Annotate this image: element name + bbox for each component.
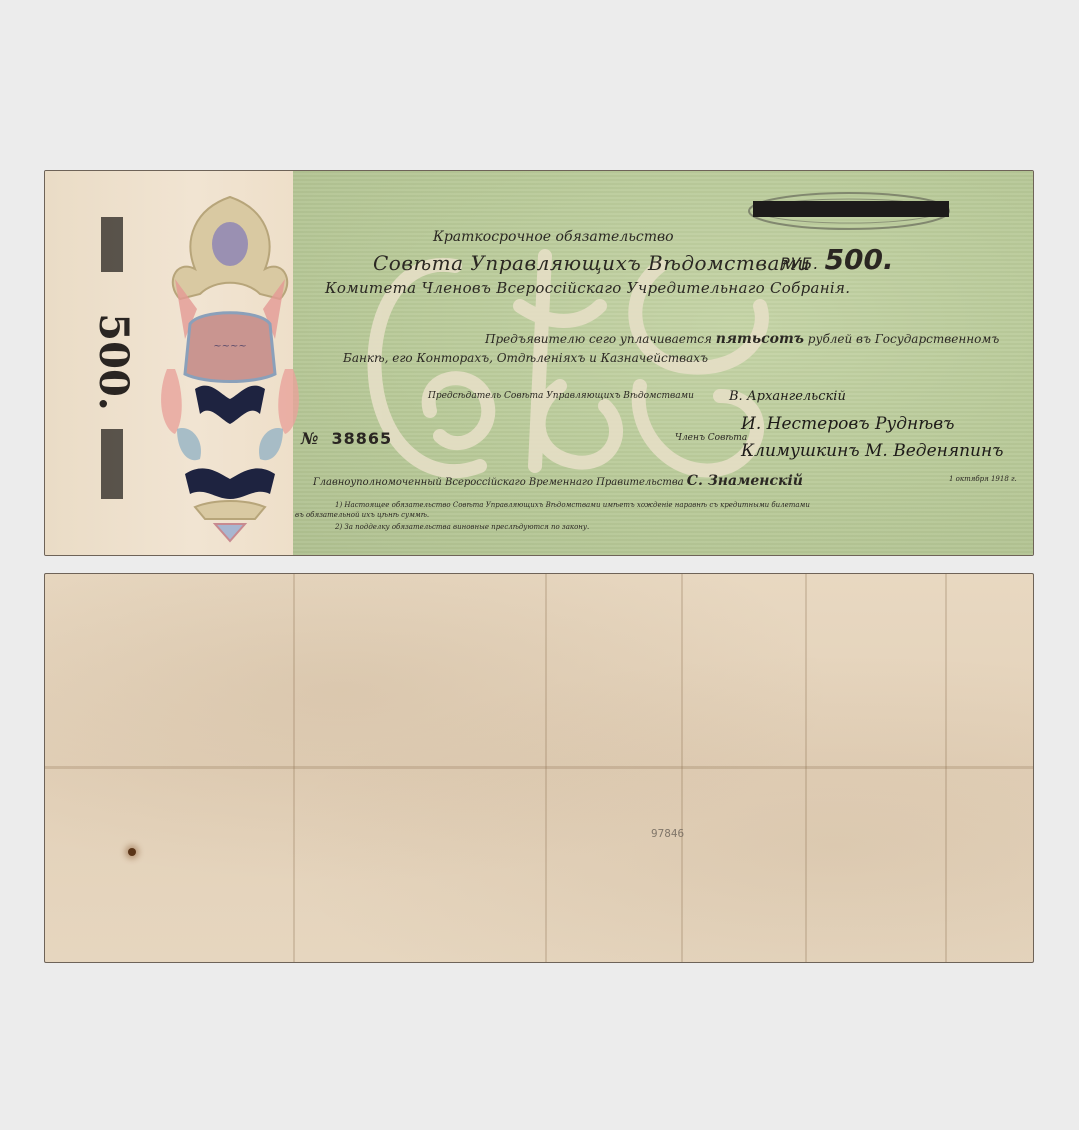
body-line-1: Предъявителю сего уплачивается пятьсотъ …	[485, 331, 999, 347]
vertical-denomination: 500.	[93, 217, 133, 499]
plenipotentiary-name: С. Знаменскій	[687, 473, 803, 489]
body-line-2: Банкѣ, его Конторахъ, Отдѣленіяхъ и Казн…	[343, 351, 708, 365]
issue-date: 1 октября 1918 г.	[949, 475, 1017, 483]
watermark-monogram-icon	[360, 236, 780, 501]
serial-label: №	[301, 429, 318, 448]
serial-number: № 38865	[301, 429, 392, 448]
denomination-bar-bottom	[101, 429, 123, 499]
back-serial-stamp: 97846	[651, 827, 684, 840]
denomination-text: 500.	[93, 272, 133, 452]
footnote-2: 2) За подделку обязательства виновные пр…	[335, 523, 589, 531]
signature-1: В. Архангельскій	[729, 389, 846, 404]
body-line-1-a: Предъявителю сего уплачивается	[485, 332, 712, 346]
serial-value: 38865	[331, 429, 392, 448]
banknote-front: 500. ~~~~	[44, 170, 1034, 556]
body-line-1-b: рублей въ Государственномъ	[808, 332, 1000, 346]
member-label: Членъ Совѣта	[675, 433, 747, 443]
redaction-bar	[753, 201, 949, 217]
signature-3: Климушкинъ М. Веденяпинъ	[741, 441, 1004, 461]
footnote-1a: 1) Настоящее обязательство Совѣта Управл…	[335, 501, 810, 509]
chairman-label: Предсѣдатель Совѣта Управляющихъ Вѣдомст…	[428, 391, 694, 401]
denomination-bar-top	[101, 217, 123, 272]
amount-in-words: пятьсотъ	[716, 331, 804, 347]
plenipotentiary-line: Главноуполномоченный Всероссійскаго Врем…	[313, 473, 803, 489]
title-line-2: Совѣта Управляющихъ Вѣдомствами	[373, 251, 810, 275]
plenipotentiary-label: Главноуполномоченный Всероссійскаго Врем…	[313, 477, 684, 488]
rub-value: 500.	[825, 243, 894, 276]
title-line-1: Краткосрочное обязательство	[433, 229, 674, 245]
footnote-1b: въ обязательной ихъ цѣнѣ суммѣ.	[295, 511, 429, 519]
redacted-stamp-box	[741, 189, 971, 233]
imperial-eagle-ornament-icon: ~~~~	[155, 189, 305, 549]
stain-mark	[128, 848, 136, 856]
banknote-back: 97846	[44, 573, 1034, 963]
fold-line	[45, 766, 1033, 769]
svg-text:~~~~: ~~~~	[213, 341, 247, 352]
title-line-3: Комитета Членовъ Всероссійскаго Учредите…	[325, 279, 850, 297]
signature-2: И. Нестеровъ Руднѣвъ	[741, 414, 954, 434]
